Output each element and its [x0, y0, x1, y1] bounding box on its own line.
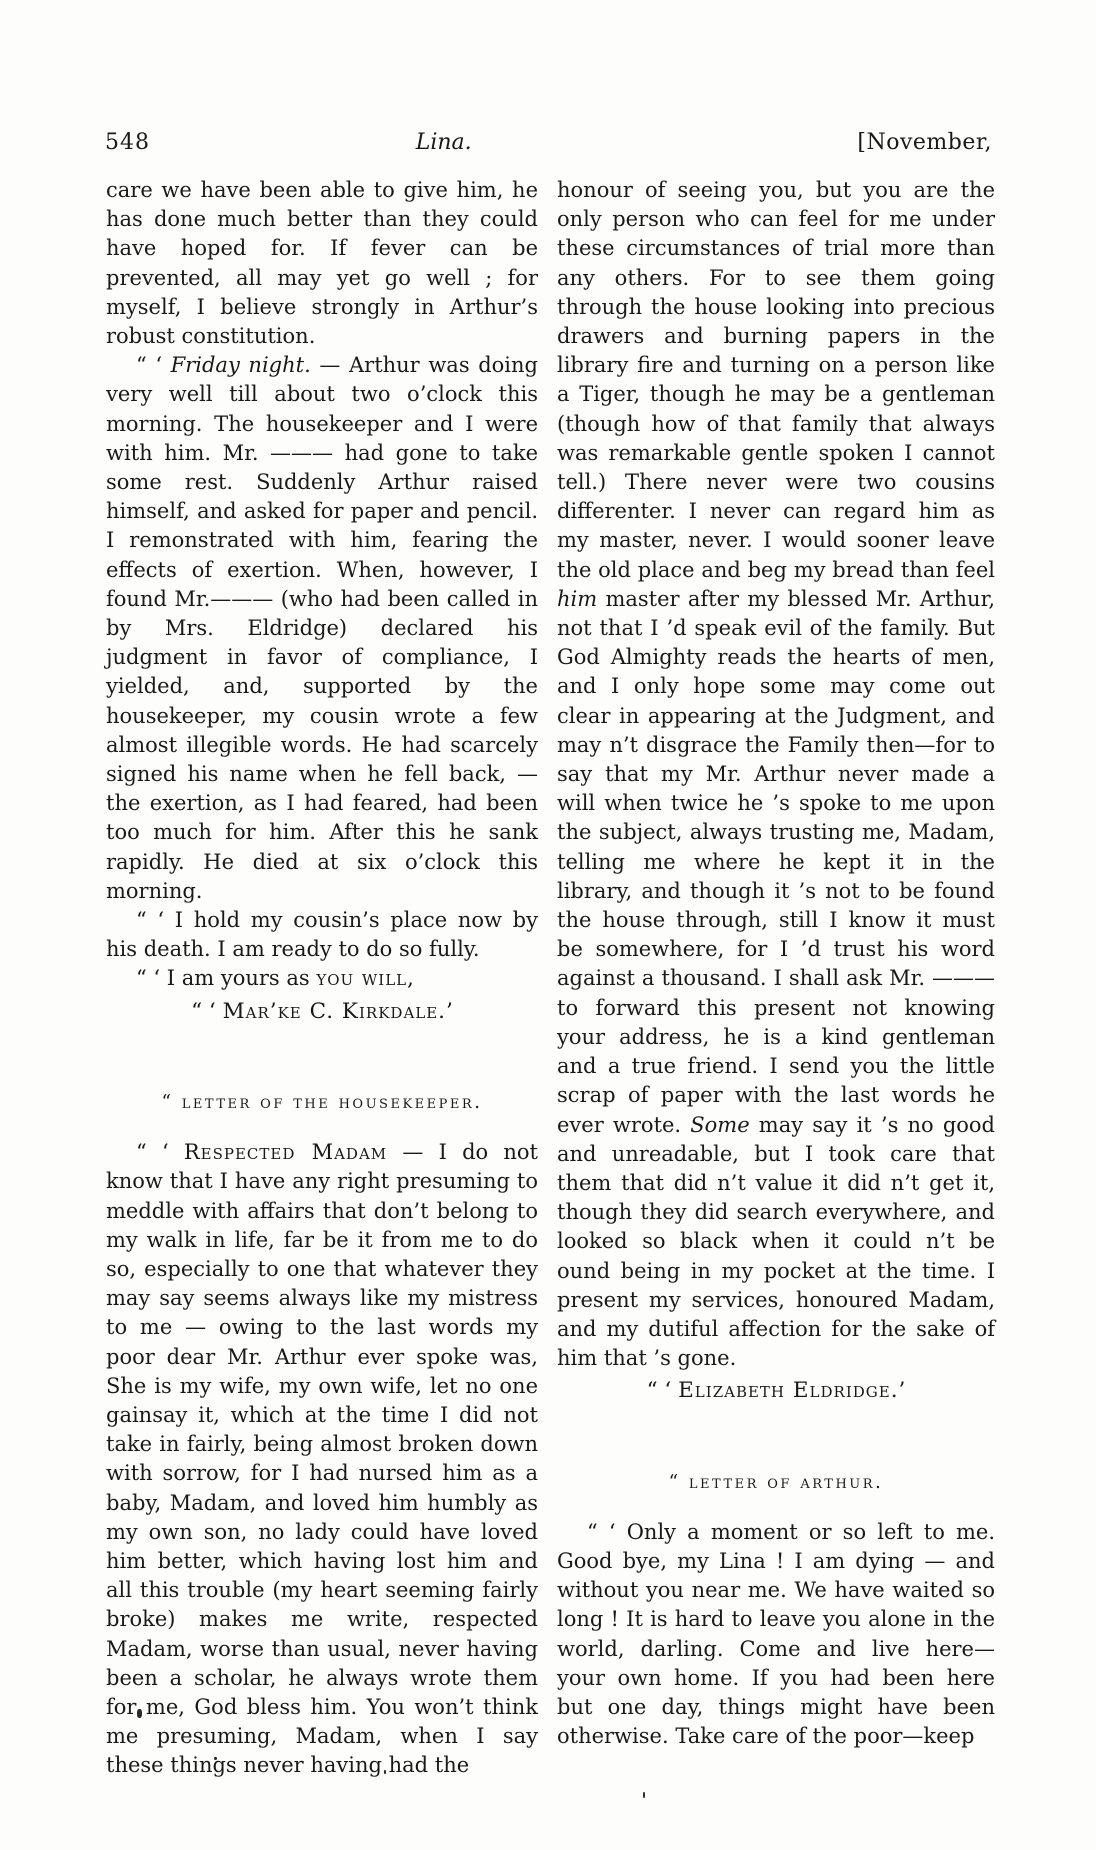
paragraph: “ ‘ Respected Madam — I do not know that… — [106, 1138, 538, 1780]
issue-date: [November, — [857, 130, 992, 155]
ink-speck — [643, 1792, 645, 1798]
page-number: 548 — [105, 130, 150, 155]
section-heading: “ letter of arthur. — [557, 1468, 995, 1497]
text-column-right: honour of seeing you, but you are the on… — [557, 176, 995, 1751]
running-title: Lina. — [416, 130, 472, 155]
letter-signature: “ ‘ Mar’ke C. Kirkdale.’ — [106, 997, 538, 1026]
paragraph: “ ‘ Only a moment or so left to me. Good… — [557, 1518, 995, 1752]
paragraph: “ ‘ I am yours as you will, — [106, 964, 538, 993]
paragraph: “ ‘ Friday night. — Arthur was doing ver… — [106, 351, 538, 906]
ink-speck — [137, 1709, 142, 1718]
scanned-book-page: 548 Lina. [November, care we have been a… — [0, 0, 1096, 1850]
ink-speck — [384, 1770, 386, 1774]
running-header: 548 Lina. [November, — [105, 130, 992, 155]
paragraph: “ ‘ I hold my cousin’s place now by his … — [106, 906, 538, 964]
paragraph: honour of seeing you, but you are the on… — [557, 176, 995, 1373]
letter-signature: “ ‘ Elizabeth Eldridge.’ — [557, 1376, 995, 1405]
ink-speck — [214, 1757, 217, 1760]
paragraph: care we have been able to give him, he h… — [106, 176, 538, 351]
section-heading: “ letter of the housekeeper. — [106, 1088, 538, 1117]
text-column-left: care we have been able to give him, he h… — [106, 176, 538, 1781]
